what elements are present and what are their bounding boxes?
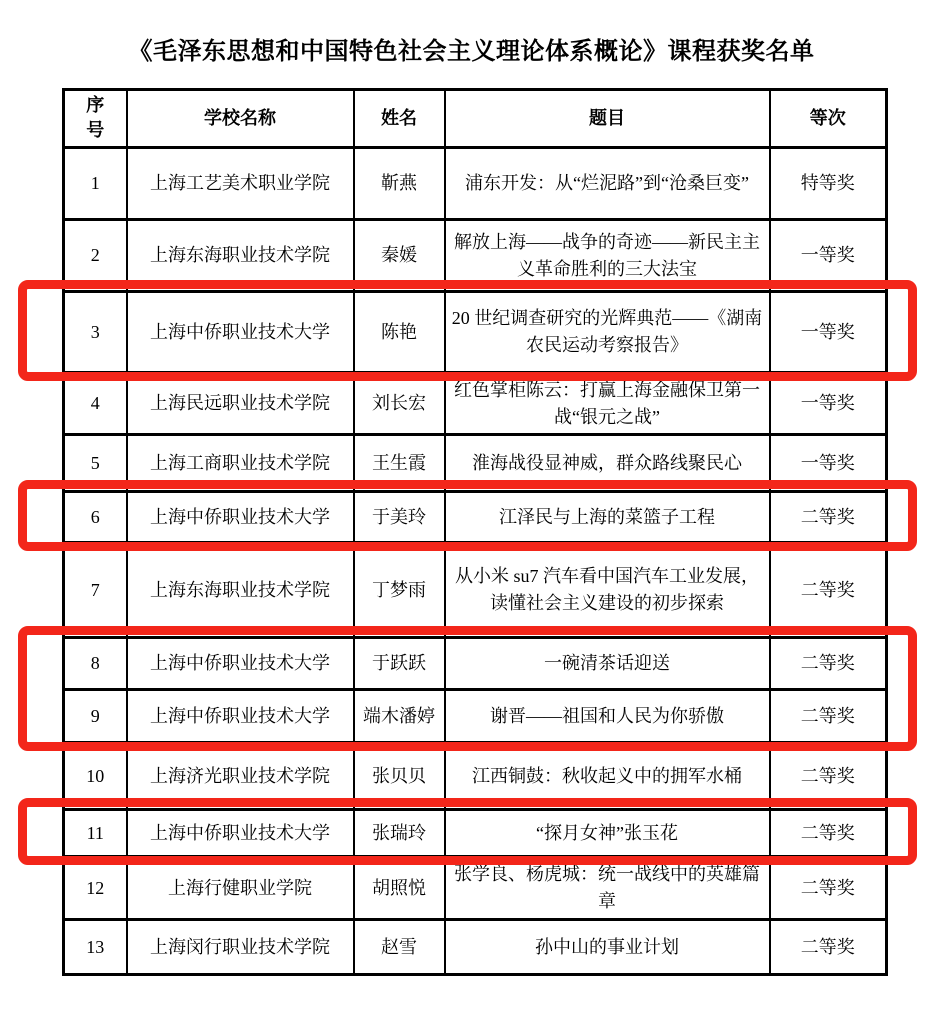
cell-school: 上海工艺美术职业学院	[127, 148, 354, 220]
table-row: 2 上海东海职业技术学院 秦媛 解放上海——战争的奇迹——新民主主义革命胜利的三…	[64, 220, 887, 292]
cell-no: 13	[64, 920, 127, 975]
cell-topic: 江西铜鼓：秋收起义中的拥军水桶	[445, 743, 770, 810]
cell-school: 上海中侨职业技术大学	[127, 810, 354, 857]
table-row: 9 上海中侨职业技术大学 端木潘婷 谢晋——祖国和人民为你骄傲 二等奖	[64, 690, 887, 743]
cell-topic: 谢晋——祖国和人民为你骄傲	[445, 690, 770, 743]
cell-award: 一等奖	[770, 373, 887, 435]
table-row: 7 上海东海职业技术学院 丁梦雨 从小米 su7 汽车看中国汽车工业发展，读懂社…	[64, 543, 887, 638]
cell-award: 二等奖	[770, 810, 887, 857]
cell-no: 11	[64, 810, 127, 857]
header-row: 序号 学校名称 姓名 题目 等次	[64, 90, 887, 148]
cell-topic: 江泽民与上海的菜篮子工程	[445, 492, 770, 543]
cell-name: 张贝贝	[354, 743, 445, 810]
cell-no: 9	[64, 690, 127, 743]
column-header-award: 等次	[770, 90, 887, 148]
table-row: 12 上海行健职业学院 胡照悦 张学良、杨虎城：统一战线中的英雄篇章 二等奖	[64, 857, 887, 920]
cell-school: 上海民远职业技术学院	[127, 373, 354, 435]
cell-award: 二等奖	[770, 743, 887, 810]
cell-topic: 张学良、杨虎城：统一战线中的英雄篇章	[445, 857, 770, 920]
cell-name: 靳燕	[354, 148, 445, 220]
column-header-no: 序号	[64, 90, 127, 148]
cell-award: 二等奖	[770, 638, 887, 690]
cell-name: 刘长宏	[354, 373, 445, 435]
table-row: 4 上海民远职业技术学院 刘长宏 红色掌柜陈云：打赢上海金融保卫第一战“银元之战…	[64, 373, 887, 435]
table-row: 3 上海中侨职业技术大学 陈艳 20 世纪调查研究的光辉典范——《湖南农民运动考…	[64, 292, 887, 373]
table-row: 5 上海工商职业技术学院 王生霞 淮海战役显神威，群众路线聚民心 一等奖	[64, 435, 887, 492]
cell-topic: 红色掌柜陈云：打赢上海金融保卫第一战“银元之战”	[445, 373, 770, 435]
page-root: 《毛泽东思想和中国特色社会主义理论体系概论》课程获奖名单 序号 学校名称 姓名 …	[0, 0, 943, 1021]
cell-award: 一等奖	[770, 435, 887, 492]
table-row: 10 上海济光职业技术学院 张贝贝 江西铜鼓：秋收起义中的拥军水桶 二等奖	[64, 743, 887, 810]
cell-topic: 从小米 su7 汽车看中国汽车工业发展，读懂社会主义建设的初步探索	[445, 543, 770, 638]
cell-school: 上海东海职业技术学院	[127, 543, 354, 638]
cell-name: 胡照悦	[354, 857, 445, 920]
cell-no: 5	[64, 435, 127, 492]
cell-school: 上海济光职业技术学院	[127, 743, 354, 810]
cell-name: 于美玲	[354, 492, 445, 543]
table-row: 11 上海中侨职业技术大学 张瑞玲 “探月女神”张玉花 二等奖	[64, 810, 887, 857]
column-header-school: 学校名称	[127, 90, 354, 148]
cell-topic: 解放上海——战争的奇迹——新民主主义革命胜利的三大法宝	[445, 220, 770, 292]
table-row: 8 上海中侨职业技术大学 于跃跃 一碗清茶话迎送 二等奖	[64, 638, 887, 690]
cell-school: 上海中侨职业技术大学	[127, 292, 354, 373]
cell-no: 4	[64, 373, 127, 435]
cell-name: 于跃跃	[354, 638, 445, 690]
cell-school: 上海行健职业学院	[127, 857, 354, 920]
cell-school: 上海中侨职业技术大学	[127, 492, 354, 543]
cell-name: 丁梦雨	[354, 543, 445, 638]
table-row: 6 上海中侨职业技术大学 于美玲 江泽民与上海的菜篮子工程 二等奖	[64, 492, 887, 543]
cell-no: 10	[64, 743, 127, 810]
cell-topic: 20 世纪调查研究的光辉典范——《湖南农民运动考察报告》	[445, 292, 770, 373]
table-row: 13 上海闵行职业技术学院 赵雪 孙中山的事业计划 二等奖	[64, 920, 887, 975]
cell-topic: 一碗清茶话迎送	[445, 638, 770, 690]
cell-name: 王生霞	[354, 435, 445, 492]
cell-award: 二等奖	[770, 857, 887, 920]
cell-no: 1	[64, 148, 127, 220]
cell-name: 秦媛	[354, 220, 445, 292]
awards-table-wrapper: 序号 学校名称 姓名 题目 等次 1 上海工艺美术职业学院 靳燕 浦东开发：从“…	[62, 88, 885, 976]
cell-no: 6	[64, 492, 127, 543]
cell-award: 特等奖	[770, 148, 887, 220]
column-header-topic: 题目	[445, 90, 770, 148]
cell-award: 二等奖	[770, 920, 887, 975]
cell-school: 上海中侨职业技术大学	[127, 638, 354, 690]
cell-school: 上海工商职业技术学院	[127, 435, 354, 492]
cell-award: 二等奖	[770, 543, 887, 638]
cell-no: 3	[64, 292, 127, 373]
cell-topic: 浦东开发：从“烂泥路”到“沧桑巨变”	[445, 148, 770, 220]
cell-school: 上海中侨职业技术大学	[127, 690, 354, 743]
cell-school: 上海东海职业技术学院	[127, 220, 354, 292]
cell-name: 赵雪	[354, 920, 445, 975]
cell-topic: 孙中山的事业计划	[445, 920, 770, 975]
column-header-name: 姓名	[354, 90, 445, 148]
cell-name: 端木潘婷	[354, 690, 445, 743]
cell-no: 12	[64, 857, 127, 920]
cell-award: 一等奖	[770, 220, 887, 292]
cell-topic: “探月女神”张玉花	[445, 810, 770, 857]
document-title: 《毛泽东思想和中国特色社会主义理论体系概论》课程获奖名单	[0, 31, 943, 66]
cell-award: 一等奖	[770, 292, 887, 373]
cell-no: 7	[64, 543, 127, 638]
cell-name: 陈艳	[354, 292, 445, 373]
awards-table: 序号 学校名称 姓名 题目 等次 1 上海工艺美术职业学院 靳燕 浦东开发：从“…	[62, 88, 888, 976]
cell-no: 2	[64, 220, 127, 292]
cell-award: 二等奖	[770, 690, 887, 743]
cell-award: 二等奖	[770, 492, 887, 543]
cell-no: 8	[64, 638, 127, 690]
cell-topic: 淮海战役显神威，群众路线聚民心	[445, 435, 770, 492]
cell-name: 张瑞玲	[354, 810, 445, 857]
table-row: 1 上海工艺美术职业学院 靳燕 浦东开发：从“烂泥路”到“沧桑巨变” 特等奖	[64, 148, 887, 220]
cell-school: 上海闵行职业技术学院	[127, 920, 354, 975]
